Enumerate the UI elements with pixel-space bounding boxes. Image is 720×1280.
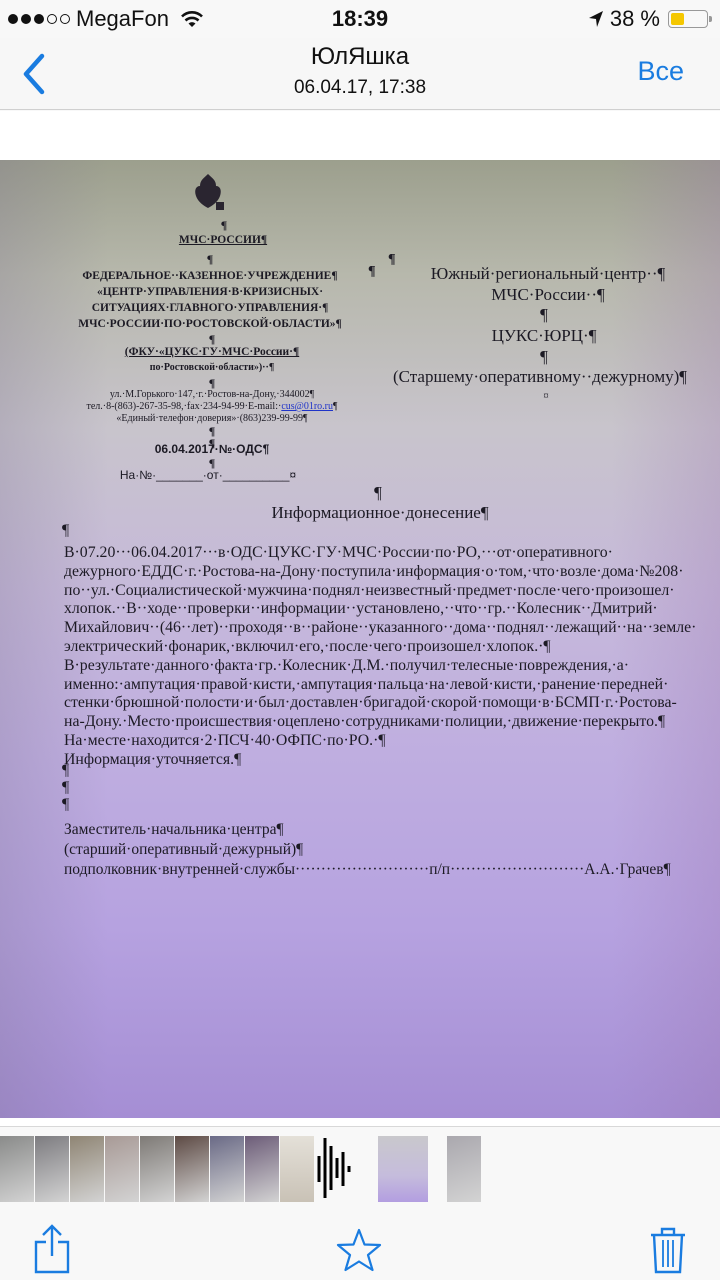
bottom-toolbar <box>0 1208 720 1280</box>
thumbnail-strip[interactable] <box>0 1126 720 1208</box>
report-line: по··ул.·Социалистической·мужчина·поднял·… <box>64 582 704 601</box>
institution-line-1: ФЕДЕРАЛЬНОЕ··КАЗЕННОЕ·УЧРЕЖДЕНИЕ¶ <box>82 270 337 282</box>
conversation-title: ЮлЯшка <box>0 43 720 71</box>
report-line: В·07.20···06.04.2017···в·ОДС·ЦУКС·ГУ·МЧС… <box>64 544 704 563</box>
recipient-line-4: (Старшему·оперативному··дежурному)¶ <box>393 367 687 387</box>
report-line: На·месте·находится·2·ПСЧ·40·ОФПС·по·РО.·… <box>64 732 704 751</box>
report-line: стенки·брюшной·полости·и·был·доставлен·б… <box>64 694 704 713</box>
navigation-bar: ЮлЯшка 06.04.17, 17:38 Все <box>0 38 720 110</box>
report-line: хлопок.··В··ходе··проверки··информации··… <box>64 600 704 619</box>
report-line: Информация·уточняется.¶ <box>64 751 704 770</box>
thumbnail-photo[interactable] <box>245 1136 279 1202</box>
audio-waveform-icon[interactable] <box>317 1136 353 1202</box>
pilcrow: ¶ <box>62 522 69 540</box>
institution-line-2: «ЦЕНТР·УПРАВЛЕНИЯ·В·КРИЗИСНЫХ· <box>97 286 323 298</box>
blank-lines: ¶¶¶ <box>62 762 69 813</box>
pilcrow: ¶ <box>374 483 382 503</box>
address: ул.·М.Горького·147,·г.·Ростов-на-Дону,·3… <box>110 389 314 400</box>
pilcrow: ¶ <box>62 796 69 813</box>
signature-position: Заместитель·начальника·центра¶ <box>64 821 283 839</box>
pilcrow: ¶ <box>207 252 213 267</box>
thumbnail-list <box>0 1136 481 1202</box>
abbreviation-line-1: (ФКУ·«ЦУКС·ГУ·МЧС·России·¶ <box>125 346 299 358</box>
thumbnail-photo[interactable] <box>140 1136 174 1202</box>
battery-percentage: 38 % <box>610 6 660 32</box>
location-arrow-icon <box>588 10 604 28</box>
cell-mark: ¤ <box>543 390 549 402</box>
report-line: электрический·фонарик,·включил·его,·посл… <box>64 638 704 657</box>
recipient-line-2: МЧС·России··¶ <box>491 285 604 305</box>
pilcrow: ¶ <box>368 264 376 280</box>
org-name: МЧС·РОССИИ¶ <box>179 234 267 246</box>
pilcrow: ¶ <box>62 779 69 796</box>
pilcrow: ¶ <box>540 305 548 325</box>
all-photos-button[interactable]: Все <box>637 56 684 87</box>
signature-role: (старший·оперативный·дежурный)¶ <box>64 841 303 859</box>
pilcrow: ¶ <box>62 762 69 779</box>
trash-icon[interactable] <box>650 1226 686 1274</box>
photo-timestamp: 06.04.17, 17:38 <box>0 77 720 99</box>
pilcrow: ¶ <box>221 218 227 233</box>
thumbnail-photo[interactable] <box>175 1136 209 1202</box>
recipient-line-1: Южный·региональный·центр··¶ <box>431 264 666 284</box>
institution-line-3: СИТУАЦИЯХ·ГЛАВНОГО·УПРАВЛЕНИЯ·¶ <box>92 302 329 314</box>
report-line: именно:·ампутация·правой·кисти,·ампутаци… <box>64 676 704 695</box>
hotline: «Единый·телефон·доверия»·(863)239-99-99¶ <box>116 413 307 424</box>
star-icon[interactable] <box>336 1228 382 1272</box>
battery-nub <box>709 16 712 22</box>
report-body: В·07.20···06.04.2017···в·ОДС·ЦУКС·ГУ·МЧС… <box>64 544 704 770</box>
institution-line-4: МЧС·РОССИИ·ПО·РОСТОВСКОЙ·ОБЛАСТИ»¶ <box>78 318 342 330</box>
pilcrow: ¶ <box>388 252 396 268</box>
document-date-number: 06.04.2017·№·ОДС¶ <box>155 442 270 456</box>
signature-rank-name: подполковник·внутренней·службы··········… <box>64 861 671 879</box>
photo-area: ¶ МЧС·РОССИИ¶ ¶ ФЕДЕРАЛЬНОЕ··КАЗЕННОЕ·УЧ… <box>0 111 720 1126</box>
phone-fax: тел.·8-(863)-267-35-98,·fax·234-94-99·E-… <box>86 401 281 412</box>
report-line: на-Дону.·Место·происшествия·оцеплено·сот… <box>64 713 704 732</box>
photo-viewer: MegaFon 18:39 38 % ЮлЯшка 06.04.17, 17:3… <box>0 0 720 1280</box>
reference-line: На·№·_______·от·__________¤ <box>120 468 296 482</box>
battery-level <box>671 13 684 25</box>
document-photo[interactable]: ¶ МЧС·РОССИИ¶ ¶ ФЕДЕРАЛЬНОЕ··КАЗЕННОЕ·УЧ… <box>0 160 720 1118</box>
status-bar: MegaFon 18:39 38 % <box>0 0 720 38</box>
thumbnail-photo[interactable] <box>70 1136 104 1202</box>
thumbnail-photo[interactable] <box>447 1136 481 1202</box>
email-link[interactable]: cus@01ro.ru <box>281 401 333 412</box>
abbreviation-line-2: по·Ростовской·области»)··¶ <box>150 362 275 373</box>
thumbnail-document[interactable] <box>280 1136 314 1202</box>
thumbnail-document[interactable] <box>378 1136 428 1202</box>
pilcrow: ¶ <box>209 332 215 347</box>
report-line: В·результате·данного·факта·гр.·Колесник·… <box>64 657 704 676</box>
thumbnail-photo[interactable] <box>0 1136 34 1202</box>
recipient-line-3: ЦУКС·ЮРЦ·¶ <box>492 326 597 346</box>
thumbnail-photo[interactable] <box>35 1136 69 1202</box>
share-icon[interactable] <box>32 1224 72 1274</box>
report-line: Михайлович··(46··лет)··проходя··в··район… <box>64 619 704 638</box>
pilcrow: ¶ <box>540 347 548 367</box>
thumbnail-photo[interactable] <box>210 1136 244 1202</box>
report-line: дежурного·ЕДДС·г.·Ростова-на-Дону·поступ… <box>64 563 704 582</box>
battery-icon <box>668 10 708 28</box>
document-title: Информационное·донесение¶ <box>271 503 488 523</box>
emercom-emblem-icon <box>190 172 226 214</box>
contacts-line: тел.·8-(863)-267-35-98,·fax·234-94-99·E-… <box>86 401 337 412</box>
pilcrow: ¶ <box>333 401 338 412</box>
thumbnail-photo[interactable] <box>105 1136 139 1202</box>
